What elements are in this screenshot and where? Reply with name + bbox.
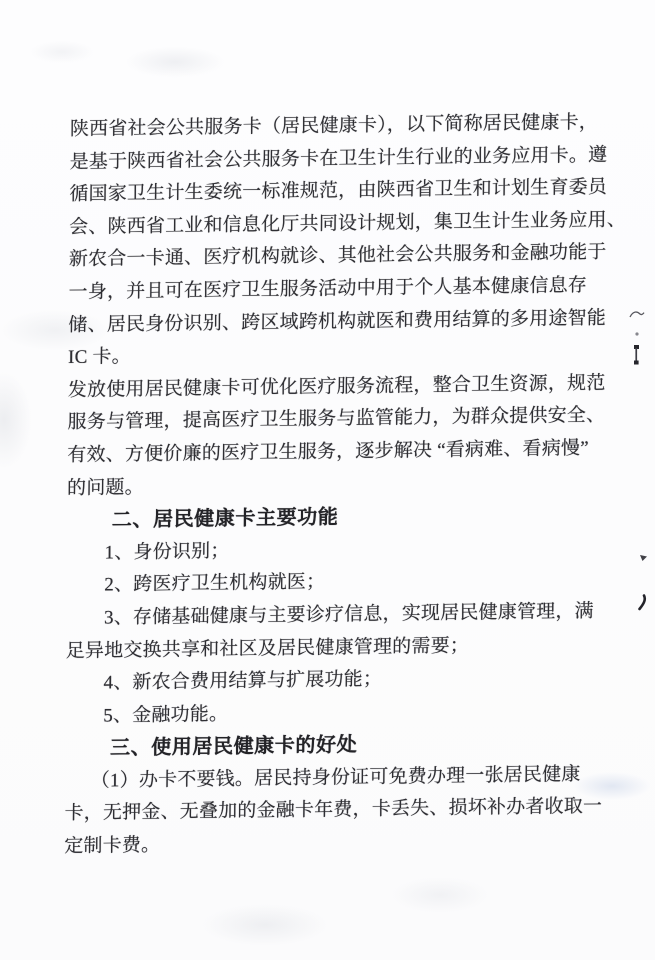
text-line: 定制卡费。 [64,824,609,864]
margin-scribble-mark-icon [628,308,646,370]
scanned-page: 陕西省社会公共服务卡（居民健康卡），以下简称居民健康卡， 是基于陕西省社会公共服… [0,0,655,960]
margin-comma-mark-icon [635,594,648,611]
document-text: 陕西省社会公共服务卡（居民健康卡），以下简称居民健康卡， 是基于陕西省社会公共服… [64,107,615,864]
margin-tick-mark-icon [639,553,649,563]
